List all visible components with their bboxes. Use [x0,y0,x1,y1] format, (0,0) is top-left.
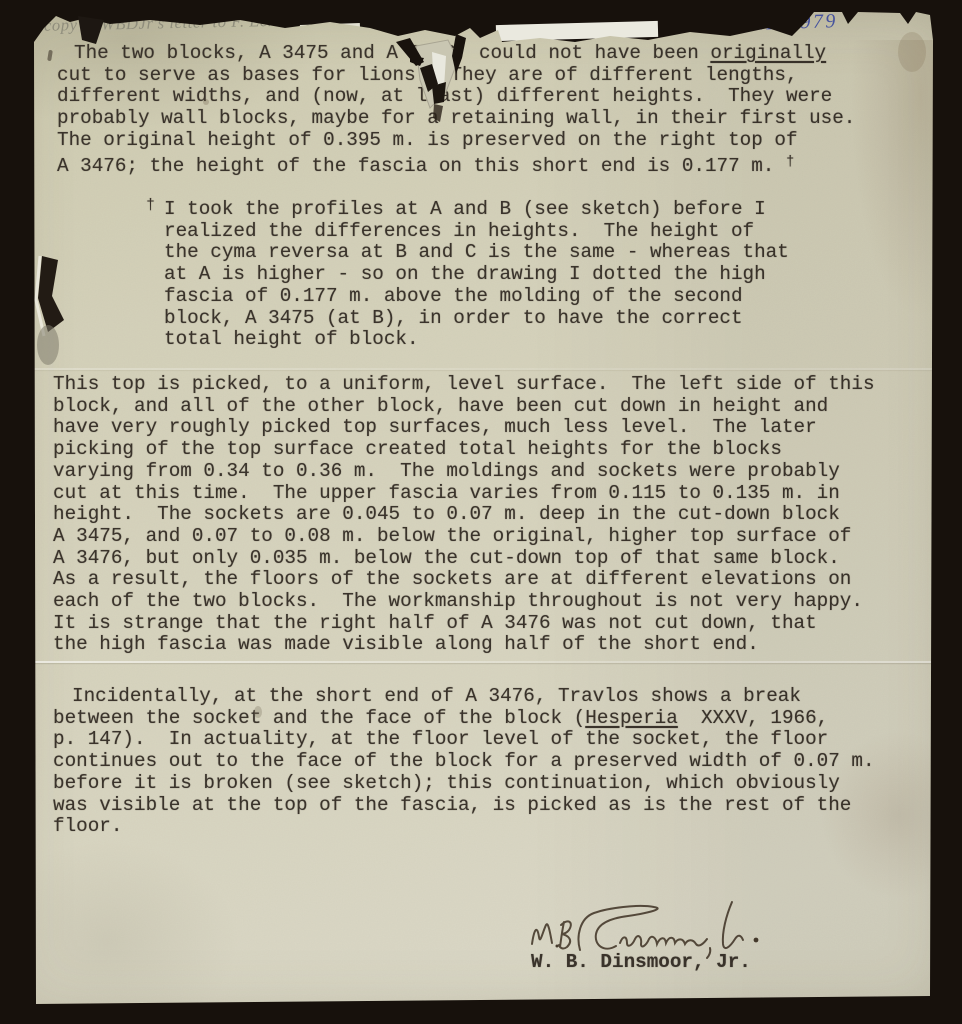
footnote-marker: † [786,154,794,170]
torn-edge-backing [496,21,658,41]
footnote: †I took the profiles at A and B (see ske… [164,199,864,351]
underlined-word: Hesperia [585,707,678,729]
paragraph-opening: The two blocks, A 3475 and A 3476, could… [57,43,929,177]
letter-paper: copy of WBDJr's letter to F. Eckstein NO… [0,0,962,1024]
paragraph-opening-pre: The two blocks, A 3475 and A 3476, could… [74,42,710,64]
underlined-word: originally [710,42,826,64]
scan-background: copy of WBDJr's letter to F. Eckstein NO… [0,0,962,1024]
paragraph-measurements: This top is picked, to a uniform, level … [53,374,938,656]
paragraph-opening-post: cut to serve as bases for lions. They ar… [57,64,855,177]
footnote-text: I took the profiles at A and B (see sket… [164,198,789,350]
paragraph-incidentally: Incidentally, at the short end of A 3476… [53,686,943,838]
signature-typed: W. B. Dinsmoor, Jr. [531,952,751,974]
footnote-marker: † [146,195,155,217]
